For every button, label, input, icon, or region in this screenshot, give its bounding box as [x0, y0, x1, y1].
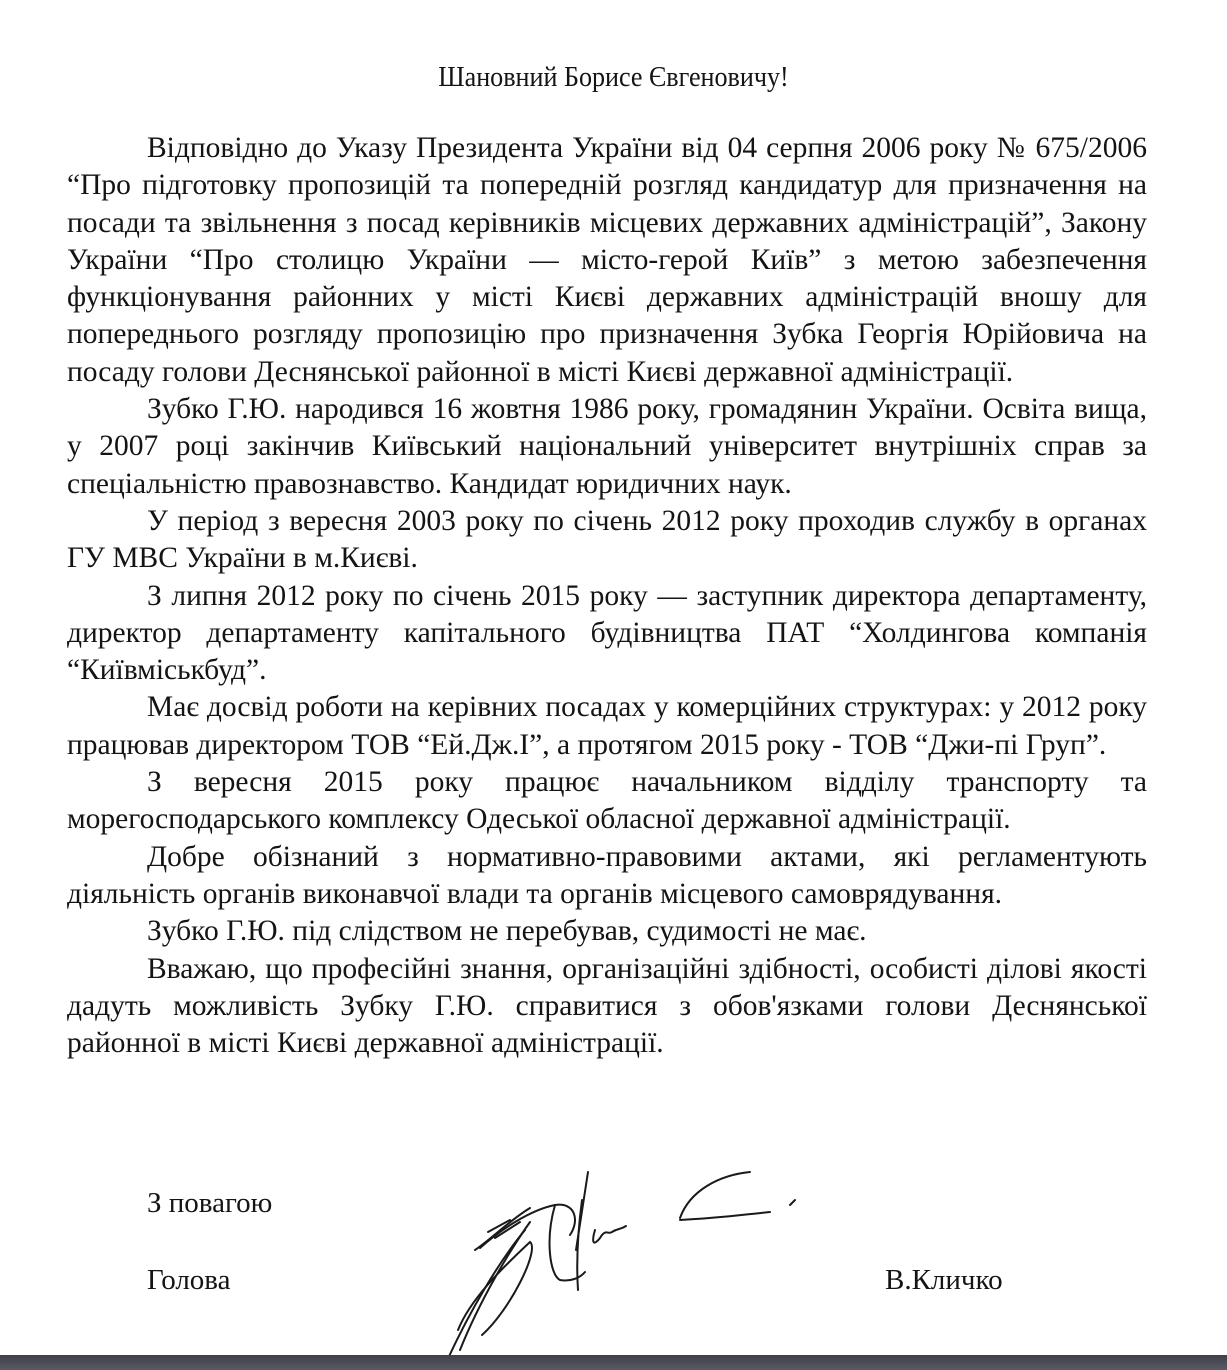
- paragraph-odesa-administration: З вересня 2015 року працює начальником в…: [67, 764, 1147, 839]
- viewer-bottom-bar: [0, 1355, 1227, 1370]
- closing-phrase: З повагою: [147, 1186, 272, 1220]
- handwritten-signature: [380, 1160, 920, 1360]
- paragraph-kyivmiskbud: З липня 2012 року по січень 2015 року — …: [67, 578, 1147, 690]
- paragraph-commercial-experience: Має досвід роботи на керівних посадах у …: [67, 689, 1147, 764]
- paragraph-biography: Зубко Г.Ю. народився 16 жовтня 1986 року…: [67, 391, 1147, 503]
- paragraph-no-criminal-record: Зубко Г.Ю. під слідством не перебував, с…: [67, 913, 1147, 950]
- paragraph-legal-knowledge: Добре обізнаний з нормативно-правовими а…: [67, 839, 1147, 914]
- paragraph-appointment-proposal: Відповідно до Указу Президента України в…: [67, 130, 1147, 391]
- paragraph-police-service: У період з вересня 2003 року по січень 2…: [67, 503, 1147, 578]
- letter-body: Відповідно до Указу Президента України в…: [67, 130, 1147, 1062]
- paragraph-conclusion: Вважаю, що професійні знання, організаці…: [67, 951, 1147, 1063]
- signer-title: Голова: [147, 1263, 231, 1297]
- salutation: Шановний Борисе Євгеновичу!: [61, 60, 1165, 94]
- letter-page: Шановний Борисе Євгеновичу! Відповідно д…: [0, 0, 1227, 1355]
